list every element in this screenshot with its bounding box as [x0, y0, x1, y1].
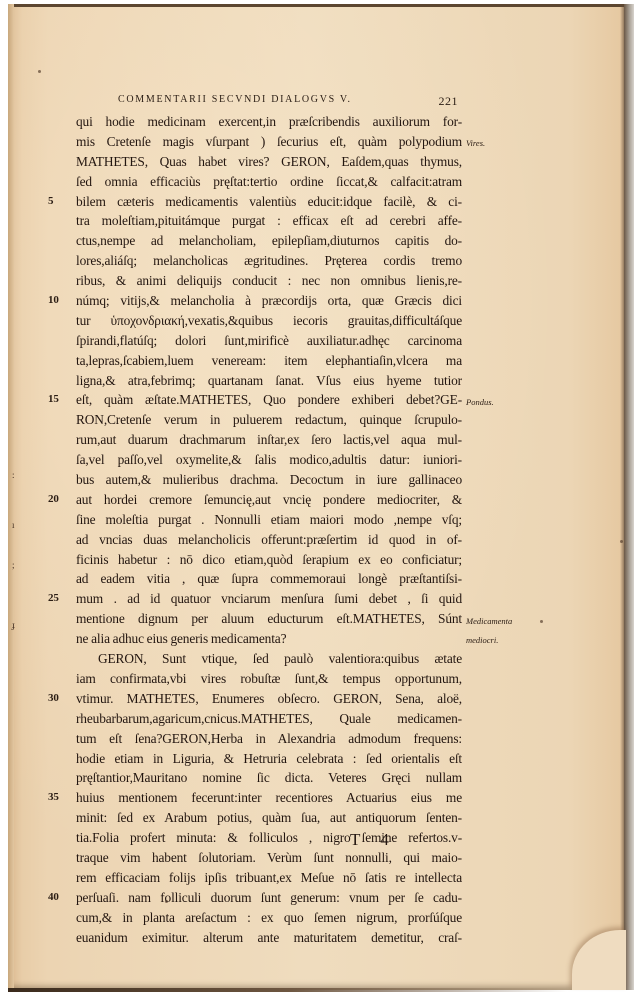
line-text: cum,& in planta areſactum : ex quo ſemen…	[76, 910, 462, 925]
page-bottom-edge	[8, 988, 568, 992]
line-text: ſed omnia efficaciùs pręſtat:tertio ordi…	[76, 174, 462, 189]
scanned-book-page: : ı ; ɟ COMMENTARII SECVNDI DIALOGVS V. …	[0, 0, 637, 1000]
line-text: ribus, & animi deliquijs conducit : nec …	[76, 273, 462, 288]
text-line: minit: ſed ex Arabum potius, quàm ſua, a…	[76, 808, 462, 828]
line-number: 5	[48, 192, 70, 212]
line-text: bus autem,& mulieribus drachma. Decoctum…	[76, 472, 462, 487]
line-text: ligna,& atra,febrimq; quartanam ſanat. V…	[76, 373, 462, 388]
text-line: ſine moleſtia purgat . Nonnulli etiam ma…	[76, 510, 462, 530]
line-number: 15	[48, 390, 70, 410]
running-head-title: COMMENTARII SECVNDI DIALOGVS V.	[118, 94, 352, 109]
running-head: COMMENTARII SECVNDI DIALOGVS V. 221	[118, 94, 458, 109]
text-line: mentione dignum per aluum educturum eſt.…	[76, 609, 462, 629]
text-line: cum,& in planta areſactum : ex quo ſemen…	[76, 908, 462, 928]
line-text: rum,aut duarum drachmarum inſtar,ex ſero…	[76, 432, 462, 447]
page-number: 221	[439, 94, 459, 109]
text-line: qui hodie medicinam exercent,in præſcrib…	[76, 112, 462, 132]
text-line: ne alia adhuc eius generis medicamenta?	[76, 629, 462, 649]
text-line: rum,aut duarum drachmarum inſtar,ex ſero…	[76, 430, 462, 450]
text-line: rheubarbarum,agaricum,cnicus.MATHETES, Q…	[76, 709, 462, 729]
text-line: GERON, Sunt vtique, ſed paulò valentiora…	[76, 649, 462, 669]
line-text: vtimur. MATHETES, Enumeres obſecro. GERO…	[76, 691, 462, 706]
line-number: 30	[48, 689, 70, 709]
text-line: rem efficaciam folijs ipſis tribuant,ex …	[76, 868, 462, 888]
text-line: 10númq; vitijs,& melancholia à præcordij…	[76, 291, 462, 311]
line-text: ſine moleſtia purgat . Nonnulli etiam ma…	[76, 512, 462, 527]
text-line: ficinis habetur : nō dico etiam,quòd ſer…	[76, 550, 462, 570]
text-line: pręſtantior,Mauritano nomine ſic dicta. …	[76, 768, 462, 788]
text-line: ligna,& atra,febrimq; quartanam ſanat. V…	[76, 371, 462, 391]
line-number: 40	[48, 888, 70, 908]
ink-speck	[540, 620, 543, 623]
line-text: euanidum eximitur. alterum ante maturita…	[76, 930, 462, 945]
line-text: tra moleſtiam,pituitámque purgat : effic…	[76, 213, 462, 228]
text-line: tur ὑποχονδριακή,vexatis,&quibus iecoris…	[76, 311, 462, 331]
line-text: ad eadem vitia , quæ ſupra commemoraui l…	[76, 571, 462, 586]
text-line: lores,aliáſq; melancholicas ægritudines.…	[76, 251, 462, 271]
line-text: ſpirandi,flatúſq; dolori ſunt,mirificè a…	[76, 333, 462, 348]
line-text: lores,aliáſq; melancholicas ægritudines.…	[76, 253, 462, 268]
line-text: iam confirmata,vbi vires robuſtæ ſunt,& …	[76, 671, 462, 686]
line-text: ſa,vel paſſo,vel oxymelite,& ſalis modic…	[76, 452, 462, 467]
text-line: ſa,vel paſſo,vel oxymelite,& ſalis modic…	[76, 450, 462, 470]
body-text: qui hodie medicinam exercent,in præſcrib…	[76, 112, 462, 947]
line-text: aut hordei cremore ſemuncię,aut vncię po…	[76, 492, 462, 507]
text-line: ad eadem vitia , quæ ſupra commemoraui l…	[76, 569, 462, 589]
line-text: qui hodie medicinam exercent,in præſcrib…	[76, 114, 462, 129]
text-line: 40perſuaſi. nam folliculi duorum ſunt ge…	[76, 888, 462, 908]
line-text: tur ὑποχονδριακή,vexatis,&quibus iecoris…	[76, 313, 462, 328]
line-text: minit: ſed ex Arabum potius, quàm ſua, a…	[76, 810, 462, 825]
text-line: hodie etiam in Liguria, & Hetruria celeb…	[76, 749, 462, 769]
line-text: bilem cæteris medicamentis valentiùs edu…	[76, 194, 462, 209]
line-text: rem efficaciam folijs ipſis tribuant,ex …	[76, 870, 462, 885]
text-line: RON,Cretenſe verum in puluerem redactum,…	[76, 410, 462, 430]
line-text: hodie etiam in Liguria, & Hetruria celeb…	[76, 751, 462, 766]
line-text: perſuaſi. nam folliculi duorum ſunt gene…	[76, 890, 462, 905]
line-number: 25	[48, 589, 70, 609]
margin-note: mediocri.	[466, 635, 498, 645]
line-number: 35	[48, 788, 70, 808]
line-text: GERON, Sunt vtique, ſed paulò valentiora…	[98, 651, 462, 666]
signature-mark: T 4	[350, 830, 397, 850]
gutter-mark: ɟ	[12, 620, 15, 630]
line-text: ad vncias duas melancholicis offerunt:pr…	[76, 532, 462, 547]
text-line: 15eſt, quàm æſtate.MATHETES, Quo pondere…	[76, 390, 462, 410]
text-line: MATHETES, Quas habet vires? GERON, Eaſde…	[76, 152, 462, 172]
text-line: mis Cretenſe magis vſurpant ) ſecurius e…	[76, 132, 462, 152]
margin-note: Pondus.	[466, 397, 494, 407]
margin-note: Medicamenta	[466, 616, 512, 626]
line-text: pręſtantior,Mauritano nomine ſic dicta. …	[76, 770, 462, 785]
text-line: tia.Folia profert minuta: & folliculos ,…	[76, 828, 462, 848]
text-line: tum eſt ſena?GERON,Herba in Alexandria a…	[76, 729, 462, 749]
line-text: huius mentionem fecerunt:inter recentior…	[76, 790, 462, 805]
text-line: ad vncias duas melancholicis offerunt:pr…	[76, 530, 462, 550]
line-text: mis Cretenſe magis vſurpant ) ſecurius e…	[76, 134, 462, 149]
text-line: 30vtimur. MATHETES, Enumeres obſecro. GE…	[76, 689, 462, 709]
text-line: iam confirmata,vbi vires robuſtæ ſunt,& …	[76, 669, 462, 689]
text-line: 5bilem cæteris medicamentis valentiùs ed…	[76, 192, 462, 212]
line-text: rheubarbarum,agaricum,cnicus.MATHETES, Q…	[76, 711, 462, 726]
line-text: númq; vitijs,& melancholia à præcordijs …	[76, 293, 462, 308]
text-line: ſpirandi,flatúſq; dolori ſunt,mirificè a…	[76, 331, 462, 351]
line-text: eſt, quàm æſtate.MATHETES, Quo pondere e…	[76, 392, 462, 407]
text-line: 25mum . ad id quatuor vnciarum menſura ſ…	[76, 589, 462, 609]
line-text: mentione dignum per aluum educturum eſt.…	[76, 611, 462, 626]
line-text: ne alia adhuc eius generis medicamenta?	[76, 631, 286, 646]
line-text: MATHETES, Quas habet vires? GERON, Eaſde…	[76, 154, 462, 169]
line-text: mum . ad id quatuor vnciarum menſura ſum…	[76, 591, 462, 606]
ink-speck	[620, 540, 623, 543]
line-text: traque vim habent ſolutoriam. Verùm ſunt…	[76, 850, 462, 865]
line-text: RON,Cretenſe verum in puluerem redactum,…	[76, 412, 462, 427]
text-line: tra moleſtiam,pituitámque purgat : effic…	[76, 211, 462, 231]
text-line: ribus, & animi deliquijs conducit : nec …	[76, 271, 462, 291]
line-text: ta,lepras,ſcabiem,luem veneream: item el…	[76, 353, 462, 368]
line-text: tia.Folia profert minuta: & folliculos ,…	[76, 830, 462, 845]
ink-speck	[38, 70, 41, 73]
text-line: 20aut hordei cremore ſemuncię,aut vncię …	[76, 490, 462, 510]
text-line: ſed omnia efficaciùs pręſtat:tertio ordi…	[76, 172, 462, 192]
line-text: ctus,nempe ad melancholiam, epilepſiam,d…	[76, 233, 462, 248]
text-line: ctus,nempe ad melancholiam, epilepſiam,d…	[76, 231, 462, 251]
line-text: ficinis habetur : nō dico etiam,quòd ſer…	[76, 552, 462, 567]
text-line: 35huius mentionem fecerunt:inter recenti…	[76, 788, 462, 808]
line-number: 20	[48, 490, 70, 510]
gutter-mark: ı	[12, 520, 15, 530]
text-line: ta,lepras,ſcabiem,luem veneream: item el…	[76, 351, 462, 371]
line-text: tum eſt ſena?GERON,Herba in Alexandria a…	[76, 731, 462, 746]
gutter-mark: :	[12, 470, 15, 480]
gutter-mark: ;	[12, 560, 15, 570]
text-line: traque vim habent ſolutoriam. Verùm ſunt…	[76, 848, 462, 868]
margin-note: Vires.	[466, 138, 485, 148]
text-line: bus autem,& mulieribus drachma. Decoctum…	[76, 470, 462, 490]
binding-gutter	[8, 4, 14, 990]
text-line: euanidum eximitur. alterum ante maturita…	[76, 928, 462, 948]
line-number: 10	[48, 291, 70, 311]
